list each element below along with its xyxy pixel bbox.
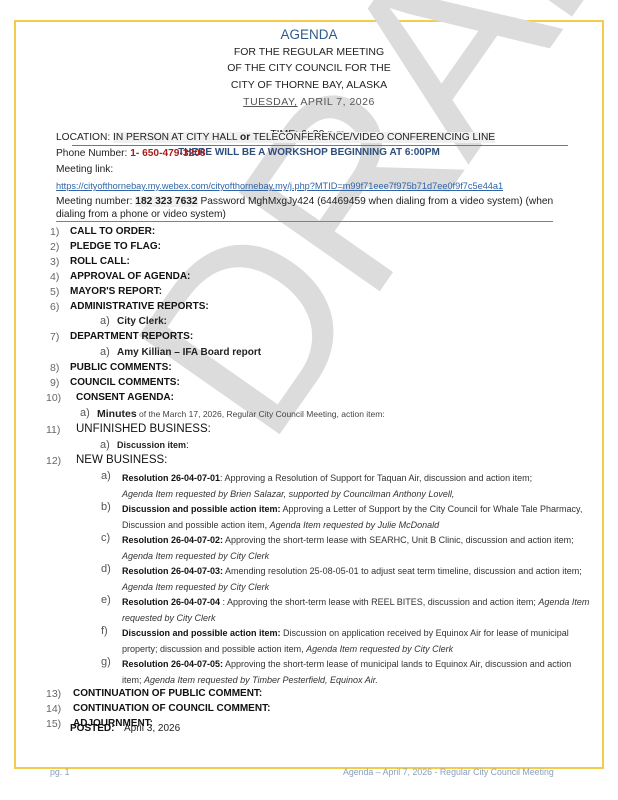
meeting-link-label: Meeting link: <box>56 164 113 175</box>
meeting-password-cont: dialing from a phone or video system) <box>56 209 226 220</box>
header-line-3: CITY OF THORNE BAY, ALASKA <box>0 79 618 91</box>
location-in-person: IN PERSON AT CITY HALL <box>113 132 240 143</box>
location-line: LOCATION: IN PERSON AT CITY HALL or TELE… <box>56 132 495 143</box>
new-business-title: Resolution 26-04-07-02: <box>122 535 223 545</box>
sub-item-text: Discussion item: <box>117 440 189 451</box>
new-business-requester: Agenda Item requested by Timber Pesterfi… <box>144 675 378 685</box>
new-business-item: Resolution 26-04-07-04 : Approving the s… <box>122 595 592 626</box>
agenda-item-label: ADMINISTRATIVE REPORTS: <box>70 301 209 312</box>
agenda-item-number: 15) <box>46 718 61 730</box>
new-business-letter: d) <box>101 563 111 575</box>
sub-item-letter: a) <box>100 315 110 327</box>
phone-number: 1- 650-479-3208 <box>130 148 205 159</box>
new-business-desc: : Approving a Resolution of Support for … <box>220 473 532 483</box>
agenda-item-number: 8) <box>50 362 59 374</box>
agenda-item-number: 6) <box>50 301 59 313</box>
sub-item-text: Amy Killian – IFA Board report <box>117 347 261 358</box>
sub-item-desc: of the March 17, 2026, Regular City Coun… <box>137 409 385 419</box>
new-business-title: Resolution 26-04-07-01 <box>122 473 220 483</box>
new-business-item: Resolution 26-04-07-03: Amending resolut… <box>122 564 592 595</box>
new-business-item: Discussion and possible action item: Dis… <box>122 626 592 657</box>
new-business-item: Resolution 26-04-07-02: Approving the sh… <box>122 533 592 564</box>
agenda-item-label: CONTINUATION OF COUNCIL COMMENT: <box>73 703 270 714</box>
agenda-item-number: 1) <box>50 226 59 238</box>
footer-page-number: pg. 1 <box>50 767 70 777</box>
new-business-letter: a) <box>101 470 111 482</box>
new-business-letter: g) <box>101 656 111 668</box>
phone-label: Phone Number: <box>56 148 130 159</box>
sub-item-text: Minutes of the March 17, 2026, Regular C… <box>97 408 385 420</box>
agenda-item-number: 9) <box>50 377 59 389</box>
new-business-title: Discussion and possible action item: <box>122 504 281 514</box>
meeting-date-text: APRIL 7, 2026 <box>298 96 375 108</box>
agenda-item-number: 4) <box>50 271 59 283</box>
meeting-date: TUESDAY, APRIL 7, 2026 <box>0 96 618 108</box>
location-label: LOCATION: <box>56 132 113 143</box>
sub-item-desc: : <box>186 440 189 451</box>
new-business-requester: Agenda Item requested by Julie McDonald <box>270 520 440 530</box>
new-business-title: Resolution 26-04-07-03: <box>122 566 223 576</box>
posted-label: POSTED: <box>70 723 114 734</box>
new-business-item: Resolution 26-04-07-05: Approving the sh… <box>122 657 592 688</box>
header-line-1: FOR THE REGULAR MEETING <box>0 46 618 58</box>
agenda-item-number: 10) <box>46 392 61 404</box>
meeting-number-label: Meeting number: <box>56 196 135 207</box>
page-title: AGENDA <box>0 27 618 42</box>
new-business-title: Resolution 26-04-07-05: <box>122 659 223 669</box>
agenda-item-number: 12) <box>46 455 61 467</box>
new-business-letter: b) <box>101 501 111 513</box>
sub-item-bold: City Clerk: <box>117 316 167 327</box>
meeting-day: TUESDAY, <box>243 96 297 108</box>
meeting-number: 182 323 7632 <box>135 196 197 207</box>
sub-item-bold: Discussion item <box>117 440 186 450</box>
phone-line: Phone Number: 1- 650-479-3208 <box>56 148 206 159</box>
agenda-item-number: 5) <box>50 286 59 298</box>
agenda-item-label: CONSENT AGENDA: <box>76 392 174 403</box>
new-business-desc: Approving the short-term lease with SEAR… <box>223 535 574 545</box>
new-business-item: Discussion and possible action item: App… <box>122 502 592 533</box>
agenda-item-label: APPROVAL OF AGENDA: <box>70 271 190 282</box>
new-business-letter: e) <box>101 594 111 606</box>
info-divider <box>56 221 553 222</box>
new-business-letter: f) <box>101 625 108 637</box>
meeting-link[interactable]: https://cityofthornebay.my.webex.com/cit… <box>56 181 503 191</box>
new-business-requester: Agenda Item requested by City Clerk <box>122 551 269 561</box>
agenda-item-label: COUNCIL COMMENTS: <box>70 377 180 388</box>
agenda-item-number: 3) <box>50 256 59 268</box>
agenda-item-label: PUBLIC COMMENTS: <box>70 362 172 373</box>
agenda-item-label: CALL TO ORDER: <box>70 226 155 237</box>
new-business-requester: Agenda Item requested by Brien Salazar, … <box>122 489 454 499</box>
location-or: or <box>240 132 250 143</box>
sub-item-letter: a) <box>80 407 90 419</box>
sub-item-letter: a) <box>100 439 110 451</box>
posted-date: April 3, 2026 <box>124 723 180 734</box>
sub-item-text: City Clerk: <box>117 316 167 327</box>
new-business-requester: Agenda Item requested by City Clerk <box>122 582 269 592</box>
agenda-item-label: CONTINUATION OF PUBLIC COMMENT: <box>73 688 262 699</box>
sub-item-bold: Amy Killian – IFA Board report <box>117 347 261 358</box>
new-business-desc: : Approving the short-term lease with RE… <box>220 597 538 607</box>
meeting-password: Password MghMxgJy424 (64469459 when dial… <box>198 196 554 207</box>
agenda-item-number: 13) <box>46 688 61 700</box>
new-business-item: Resolution 26-04-07-01: Approving a Reso… <box>122 471 592 502</box>
new-business-desc: Amending resolution 25-08-05-01 to adjus… <box>223 566 582 576</box>
sub-item-letter: a) <box>100 346 110 358</box>
sub-item-bold: Minutes <box>97 408 137 420</box>
agenda-item-label: NEW BUSINESS: <box>76 454 167 466</box>
header-line-2: OF THE CITY COUNCIL FOR THE <box>0 62 618 74</box>
agenda-item-number: 14) <box>46 703 61 715</box>
agenda-item-label: DEPARTMENT REPORTS: <box>70 331 193 342</box>
header-divider <box>72 145 568 146</box>
agenda-item-label: ROLL CALL: <box>70 256 130 267</box>
new-business-letter: c) <box>101 532 110 544</box>
agenda-item-number: 7) <box>50 331 59 343</box>
footer-title: Agenda – April 7, 2026 - Regular City Co… <box>343 767 554 777</box>
location-teleconference: TELECONFERENCE/VIDEO CONFERENCING LINE <box>250 132 495 143</box>
agenda-item-number: 2) <box>50 241 59 253</box>
meeting-number-line: Meeting number: 182 323 7632 Password Mg… <box>56 196 553 207</box>
new-business-title: Discussion and possible action item: <box>122 628 281 638</box>
agenda-item-number: 11) <box>46 424 60 436</box>
location-value: IN PERSON AT CITY HALL or TELECONFERENCE… <box>113 132 495 143</box>
agenda-item-label: UNFINISHED BUSINESS: <box>76 423 211 435</box>
agenda-item-label: PLEDGE TO FLAG: <box>70 241 161 252</box>
agenda-item-label: MAYOR'S REPORT: <box>70 286 162 297</box>
new-business-requester: Agenda Item requested by City Clerk <box>306 644 453 654</box>
new-business-title: Resolution 26-04-07-04 <box>122 597 220 607</box>
